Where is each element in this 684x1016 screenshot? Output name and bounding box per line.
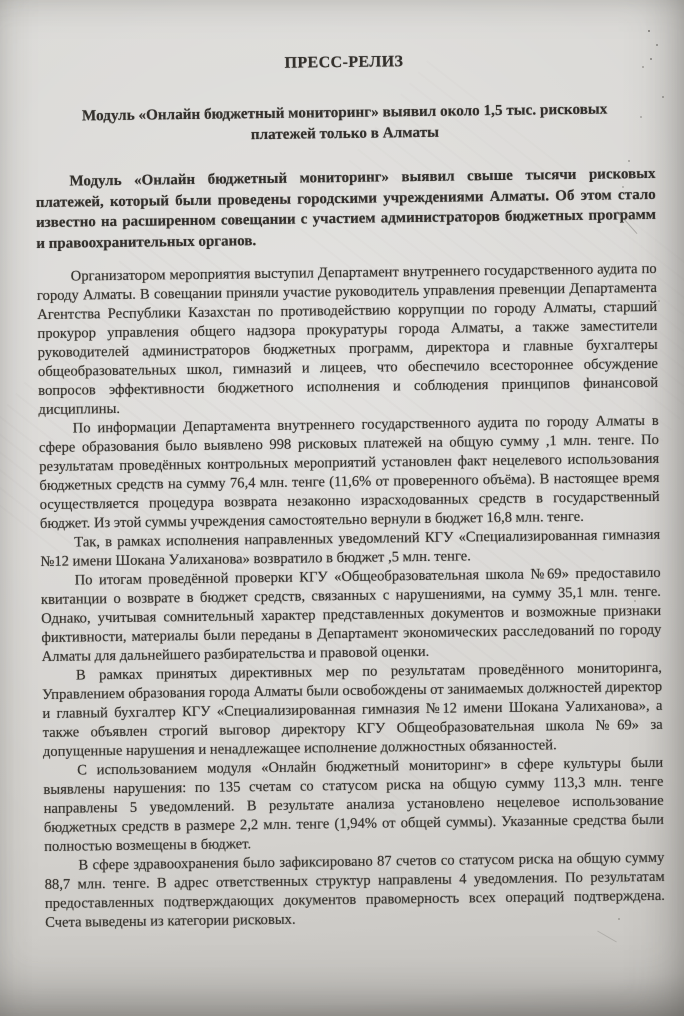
document-headline: Модуль «Онлайн бюджетный мониторинг» выя… [72,98,618,147]
lead-paragraph: Модуль «Онлайн бюджетный мониторинг» выя… [35,164,656,254]
paragraph-directive-measures: В рамках принятых директивных мер по рез… [42,659,663,762]
paragraph-organizer: Организатором мероприятия выступил Депар… [37,260,659,420]
scratch-artifact [597,931,617,943]
dust-specks-artifact [648,30,650,32]
paragraph-culture-sector: С использованием модуля «Онлайн бюджетны… [43,754,664,857]
document-body: Организатором мероприятия выступил Депар… [37,260,666,933]
document-page: ПРЕСС-РЕЛИЗ Модуль «Онлайн бюджетный мон… [0,0,684,933]
paragraph-education-findings: По информации Департамента внутреннего г… [39,412,660,534]
page-title: ПРЕСС-РЕЛИЗ [34,50,654,76]
scanned-press-release-photo: ПРЕСС-РЕЛИЗ Модуль «Онлайн бюджетный мон… [0,0,684,1016]
paragraph-healthcare-sector: В сфере здравоохранения было зафиксирова… [44,849,665,933]
paragraph-school69-check: По итогам проведённой проверки КГУ «Обще… [41,564,662,667]
